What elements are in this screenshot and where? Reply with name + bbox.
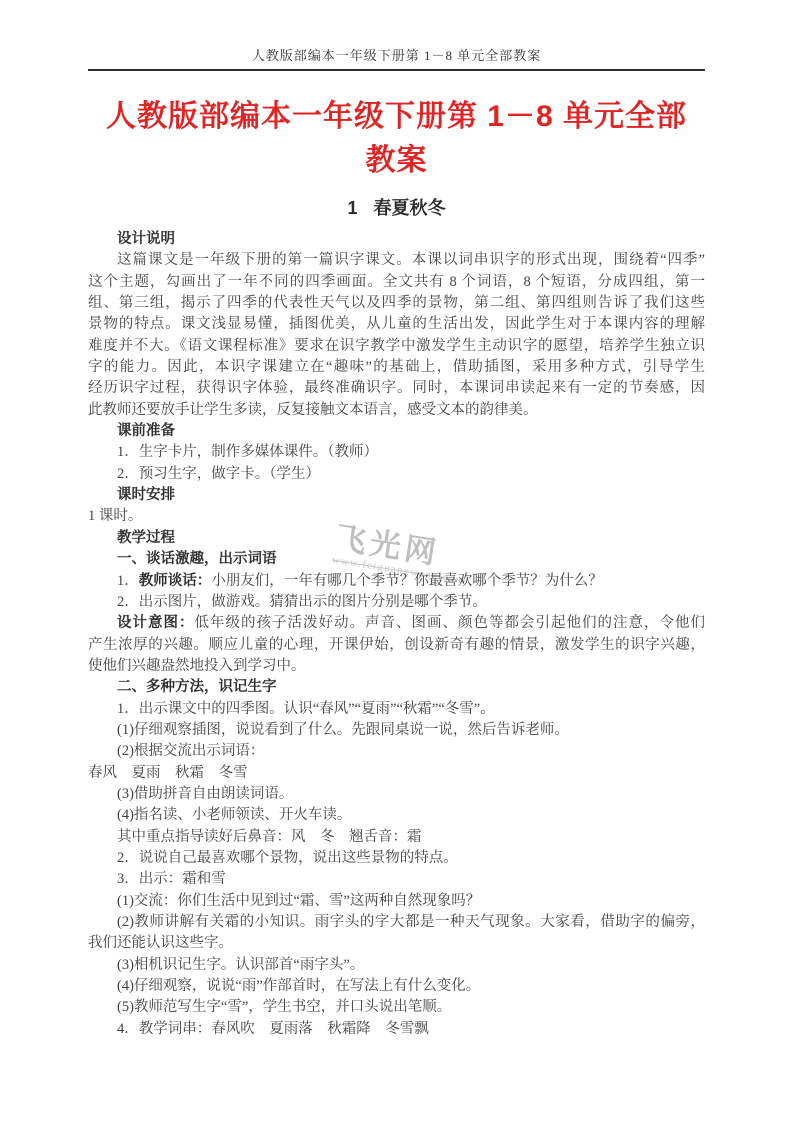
text-line: 其中重点指导读好后鼻音：风 冬 翘舌音：霜 <box>88 827 705 848</box>
text-line: 此教师还要放手让学生多读，反复接触文本语言，感受文本的韵律美。 <box>88 400 705 421</box>
line-text: (5)教师范写生字“雪”，学生书空，并口头说出笔顺。 <box>117 999 451 1015</box>
document-page: 飞光网 www.feiguangwang.com 人教版部编本一年级下册第 1－… <box>0 0 793 1122</box>
text-line: 1 课时。 <box>88 506 705 527</box>
text-line: 这篇课文是一年级下册的第一篇识字课文。本课以词串识字的形式出现，围绕着“四季” <box>88 250 705 271</box>
text-line: (1)仔细观察插图，说说看到了什么。先跟同桌说一说，然后告诉老师。 <box>88 720 705 741</box>
line-text: 难度并不大。《语文课程标准》要求在识字教学中激发学生主动识字的愿望，培养学生独立… <box>88 338 705 354</box>
line-prefix: 1． <box>117 573 139 589</box>
text-line: 1．出示课文中的四季图。认识“春风”“夏雨”“秋霜”“冬雪”。 <box>88 699 705 720</box>
line-text: 2．预习生字，做字卡。（学生） <box>117 466 320 482</box>
line-bold-segment: 教学过程 <box>117 530 175 546</box>
line-bold-segment: 设计说明 <box>117 231 175 247</box>
line-text: (4)指名读、小老师领读、开火车读。 <box>117 807 351 823</box>
line-text: 2．说说自己最喜欢哪个景物，说出这些景物的特点。 <box>117 850 458 866</box>
text-line: (3)借助拼音自由朗读词语。 <box>88 784 705 805</box>
line-text: 1 课时。 <box>88 508 142 524</box>
text-line: 4．教学词串：春风吹 夏雨落 秋霜降 冬雪飘 <box>88 1019 705 1040</box>
line-text: 组、第三组，揭示了四季的代表性天气以及四季的景物，第二组、第四组则告诉了我们这些 <box>88 295 705 311</box>
line-text: 其中重点指导读好后鼻音：风 冬 翘舌音：霜 <box>117 829 422 845</box>
text-line: 设计说明 <box>88 229 705 250</box>
line-text: 景物的特点。课文浅显易懂，插图优美，从儿童的生活出发，因此学生对于本课内容的理解 <box>88 316 705 332</box>
text-line: (4)仔细观察，说说“雨”作部首时，在写法上有什么变化。 <box>88 976 705 997</box>
text-line: 2．出示图片，做游戏。猜猜出示的图片分别是哪个季节。 <box>88 592 705 613</box>
line-text: 1．生字卡片，制作多媒体课件。（教师） <box>117 444 378 460</box>
text-line: 景物的特点。课文浅显易懂，插图优美，从儿童的生活出发，因此学生对于本课内容的理解 <box>88 314 705 335</box>
line-text: 2．出示图片，做游戏。猜猜出示的图片分别是哪个季节。 <box>117 594 487 610</box>
lesson-heading: 1春夏秋冬 <box>88 194 705 220</box>
text-line: (2)教师讲解有关霜的小知识。雨字头的字大都是一种天气现象。大家看，借助字的偏旁… <box>88 912 705 933</box>
text-line: 使他们兴趣盎然地投入到学习中。 <box>88 656 705 677</box>
line-bold-segment: 一、谈话激趣，出示词语 <box>117 551 277 567</box>
text-line: 2．预习生字，做字卡。（学生） <box>88 464 705 485</box>
document-content: 人教版部编本一年级下册第 1－8 单元全部教案 人教版部编本一年级下册第 1－8… <box>0 0 793 1040</box>
text-line: 设计意图：低年级的孩子活泼好动。声音、图画、颜色等都会引起他们的注意，令他们 <box>88 613 705 634</box>
text-line: 3．出示：霜和雪 <box>88 869 705 890</box>
header-title-text: 人教版部编本一年级下册第 1－8 单元全部教案 <box>252 48 542 63</box>
line-text: 这个主题，勾画出了一年不同的四季画面。全文共有 8 个词语，8 个短语，分成四组… <box>88 274 705 290</box>
text-line: (3)相机识记生字。认识部首“雨字头”。 <box>88 955 705 976</box>
text-line: 一、谈话激趣，出示词语 <box>88 549 705 570</box>
line-text: 1．出示课文中的四季图。认识“春风”“夏雨”“秋霜”“冬雪”。 <box>117 701 495 717</box>
text-line: 经历识字过程，获得识字体验，最终准确识字。同时，本课词串读起来有一定的节奏感，因 <box>88 378 705 399</box>
text-line: 课时安排 <box>88 485 705 506</box>
line-bold-segment: 课时安排 <box>117 487 175 503</box>
text-line: 组、第三组，揭示了四季的代表性天气以及四季的景物，第二组、第四组则告诉了我们这些 <box>88 293 705 314</box>
text-line: 教学过程 <box>88 528 705 549</box>
document-title: 人教版部编本一年级下册第 1－8 单元全部教案 <box>97 95 697 183</box>
line-bold-segment: 课前准备 <box>117 423 175 439</box>
line-text: (3)相机识记生字。认识部首“雨字头”。 <box>117 957 364 973</box>
line-text: 使他们兴趣盎然地投入到学习中。 <box>88 658 306 674</box>
text-line: (2)根据交流出示词语： <box>88 741 705 762</box>
text-line: 这个主题，勾画出了一年不同的四季画面。全文共有 8 个词语，8 个短语，分成四组… <box>88 272 705 293</box>
page-header: 人教版部编本一年级下册第 1－8 单元全部教案 <box>88 0 705 71</box>
line-bold-segment: 设计意图： <box>117 615 195 631</box>
text-line: 1．生字卡片，制作多媒体课件。（教师） <box>88 442 705 463</box>
line-bold-segment: 教师谈话： <box>139 573 212 589</box>
line-text: 经历识字过程，获得识字体验，最终准确识字。同时，本课词串读起来有一定的节奏感，因 <box>88 380 705 396</box>
line-text: (2)教师讲解有关霜的小知识。雨字头的字大都是一种天气现象。大家看，借助字的偏旁… <box>117 914 705 930</box>
line-text: (1)交流：你们生活中见到过“霜、雪”这两种自然现象吗？ <box>117 893 480 909</box>
lesson-number: 1 <box>347 198 357 218</box>
line-text: 这篇课文是一年级下册的第一篇识字课文。本课以词串识字的形式出现，围绕着“四季” <box>117 252 705 268</box>
line-text: 产生浓厚的兴趣。顺应儿童的心理，开课伊始，创设新奇有趣的情景，激发学生的识字兴趣… <box>88 637 705 653</box>
line-text: 低年级的孩子活泼好动。声音、图画、颜色等都会引起他们的注意，令他们 <box>195 615 706 631</box>
text-line: (1)交流：你们生活中见到过“霜、雪”这两种自然现象吗？ <box>88 891 705 912</box>
lesson-name: 春夏秋冬 <box>374 198 446 218</box>
line-text: 4．教学词串：春风吹 夏雨落 秋霜降 冬雪飘 <box>117 1021 429 1037</box>
text-line: (5)教师范写生字“雪”，学生书空，并口头说出笔顺。 <box>88 997 705 1018</box>
line-text: (3)借助拼音自由朗读词语。 <box>117 786 293 802</box>
line-text: (2)根据交流出示词语： <box>117 743 264 759</box>
text-line: 春风 夏雨 秋霜 冬雪 <box>88 763 705 784</box>
line-text: (4)仔细观察，说说“雨”作部首时，在写法上有什么变化。 <box>117 978 480 994</box>
text-line: 难度并不大。《语文课程标准》要求在识字教学中激发学生主动识字的愿望，培养学生独立… <box>88 336 705 357</box>
line-text: 字的能力。因此，本识字课建立在“趣味”的基础上，借助插图，采用多种方式，引导学生 <box>88 359 705 375</box>
text-line: 二、多种方法，识记生字 <box>88 677 705 698</box>
line-text: 春风 夏雨 秋霜 冬雪 <box>88 765 248 781</box>
line-bold-segment: 二、多种方法，识记生字 <box>117 679 277 695</box>
text-line: 字的能力。因此，本识字课建立在“趣味”的基础上，借助插图，采用多种方式，引导学生 <box>88 357 705 378</box>
line-text: 小朋友们，一年有哪几个季节？你最喜欢哪个季节？为什么？ <box>211 573 603 589</box>
text-line: 我们还能认识这些字。 <box>88 933 705 954</box>
text-line: (4)指名读、小老师领读、开火车读。 <box>88 805 705 826</box>
line-text: 3．出示：霜和雪 <box>117 871 226 887</box>
text-line: 2．说说自己最喜欢哪个景物，说出这些景物的特点。 <box>88 848 705 869</box>
line-text: 我们还能认识这些字。 <box>88 935 233 951</box>
text-line: 课前准备 <box>88 421 705 442</box>
body-lines: 设计说明这篇课文是一年级下册的第一篇识字课文。本课以词串识字的形式出现，围绕着“… <box>88 229 705 1040</box>
line-text: (1)仔细观察插图，说说看到了什么。先跟同桌说一说，然后告诉老师。 <box>117 722 569 738</box>
line-text: 此教师还要放手让学生多读，反复接触文本语言，感受文本的韵律美。 <box>88 402 538 418</box>
text-line: 产生浓厚的兴趣。顺应儿童的心理，开课伊始，创设新奇有趣的情景，激发学生的识字兴趣… <box>88 635 705 656</box>
text-line: 1．教师谈话：小朋友们，一年有哪几个季节？你最喜欢哪个季节？为什么？ <box>88 571 705 592</box>
